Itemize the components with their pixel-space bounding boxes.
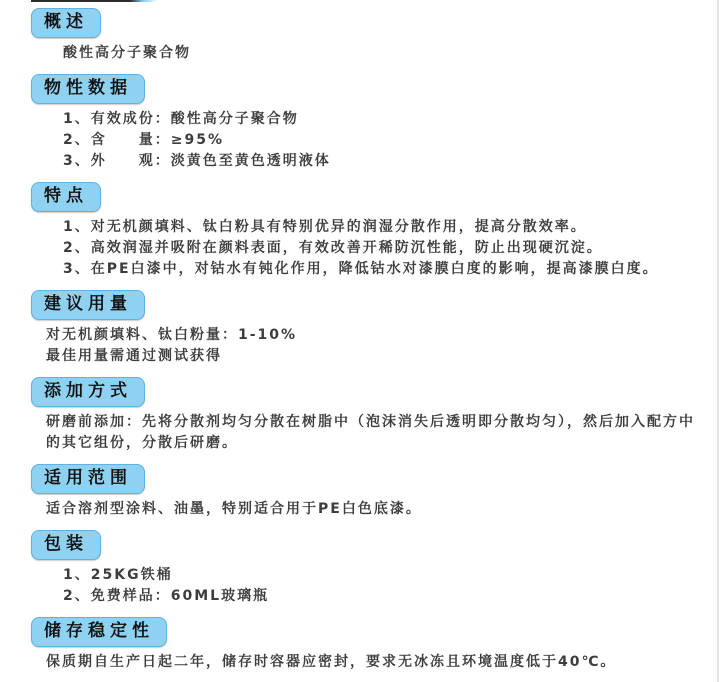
section-recommended-dosage: 建议用量 对无机颜填料、钛白粉量：1-10% 最佳用量需通过测试获得 [31, 290, 697, 367]
section-features: 特点 1、对无机颜填料、钛白粉具有特别优异的润湿分散作用，提高分散效率。 2、高… [31, 182, 697, 280]
list-item: 3、外 观：淡黄色至黄色透明液体 [31, 151, 697, 172]
section-storage-stability: 储存稳定性 保质期自生产日起二年，储存时容器应密封，要求无冰冻且环境温度低于40… [31, 617, 697, 673]
list-item: 1、对无机颜填料、钛白粉具有特别优异的润湿分散作用，提高分散效率。 [31, 217, 697, 238]
top-crop-artifact-line [31, 0, 158, 2]
list-item: 1、25KG铁桶 [31, 565, 697, 586]
datasheet-page: 概述 酸性高分子聚合物 物性数据 1、有效成份：酸性高分子聚合物 2、含 量：≥… [0, 0, 719, 682]
list-item: 2、含 量：≥95% [31, 130, 697, 151]
section-title-badge: 包装 [31, 530, 101, 560]
section-overview: 概述 酸性高分子聚合物 [31, 8, 697, 64]
body-line: 研磨前添加：先将分散剂均匀分散在树脂中（泡沫消失后透明即分散均匀），然后加入配方… [31, 412, 697, 454]
list-item: 2、免费样品：60ML玻璃瓶 [31, 586, 697, 607]
section-title-badge: 物性数据 [31, 74, 145, 104]
body-line: 适合溶剂型涂料、油墨，特别适合用于PE白色底漆。 [31, 499, 697, 520]
body-line: 酸性高分子聚合物 [31, 43, 697, 64]
datasheet-content: 概述 酸性高分子聚合物 物性数据 1、有效成份：酸性高分子聚合物 2、含 量：≥… [0, 0, 717, 673]
section-title-badge: 建议用量 [31, 290, 145, 320]
body-line: 对无机颜填料、钛白粉量：1-10% [31, 325, 697, 346]
section-title-badge: 概述 [31, 8, 101, 38]
section-addition-method: 添加方式 研磨前添加：先将分散剂均匀分散在树脂中（泡沫消失后透明即分散均匀），然… [31, 377, 697, 454]
body-line: 保质期自生产日起二年，储存时容器应密封，要求无冰冻且环境温度低于40℃。 [31, 652, 697, 673]
section-title-badge: 储存稳定性 [31, 617, 167, 647]
section-packaging: 包装 1、25KG铁桶 2、免费样品：60ML玻璃瓶 [31, 530, 697, 607]
section-title-badge: 特点 [31, 182, 101, 212]
section-application-scope: 适用范围 适合溶剂型涂料、油墨，特别适合用于PE白色底漆。 [31, 464, 697, 520]
list-item: 3、在PE白漆中，对钴水有钝化作用，降低钴水对漆膜白度的影响，提高漆膜白度。 [31, 259, 697, 280]
section-title-badge: 添加方式 [31, 377, 145, 407]
section-physical-data: 物性数据 1、有效成份：酸性高分子聚合物 2、含 量：≥95% 3、外 观：淡黄… [31, 74, 697, 172]
section-title-badge: 适用范围 [31, 464, 145, 494]
list-item: 2、高效润湿并吸附在颜料表面，有效改善开稀防沉性能，防止出现硬沉淀。 [31, 238, 697, 259]
body-line: 最佳用量需通过测试获得 [31, 346, 697, 367]
list-item: 1、有效成份：酸性高分子聚合物 [31, 109, 697, 130]
